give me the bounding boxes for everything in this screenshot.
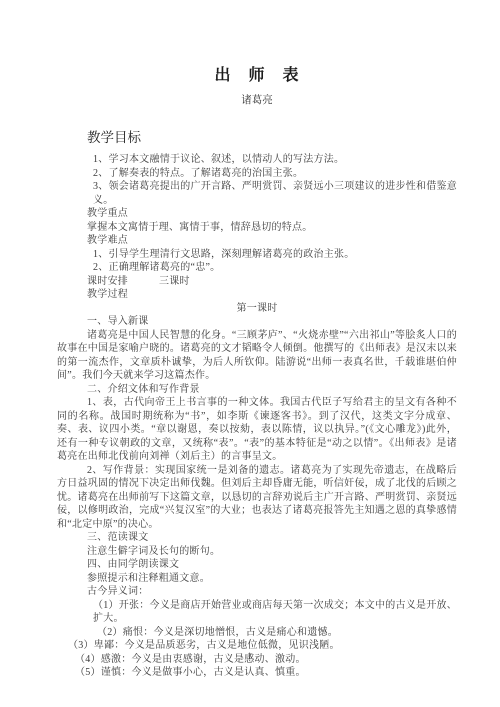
section2-paragraph: 1、表，古代向帝王上书言事的一种文体。我国古代臣子写给君主的呈文有各种不同的名称… [57,396,457,464]
key-points-heading: 教学重点 [57,207,457,221]
process-heading: 教学过程 [57,288,457,302]
section2-paragraph: 2、写作背景：实现国家统一是刘备的遗志。诸葛亮为了实现先帝遗志，在战略后方日益巩… [57,464,457,532]
objectives-heading: 教学目标 [57,129,457,146]
schedule-line: 课时安排三课时 [57,275,457,289]
section3-note: 注意生僻字词及长句的断句。 [57,545,457,559]
objective-item: 3、领会诸葛亮提出的广开言路、严明赏罚、亲贤远小三项建议的进步性和借鉴意义。 [57,180,457,207]
difficulty-item: 1、引导学生理清行文思路，深刻理解诸葛亮的政治主张。 [57,248,457,262]
doc-author: 诸葛亮 [57,92,457,107]
objective-item: 2、了解奏表的特点。了解诸葛亮的治国主张。 [57,167,457,181]
section1-heading: 一、导入新课 [57,315,457,329]
glossary-item: （2）痛恨：今义是深切地憎恨，古义是痛心和遗憾。 [57,626,457,640]
section3-heading: 三、范读课文 [57,531,457,545]
section2-heading: 二、介绍文体和写作背景 [57,383,457,397]
glossary-item: （1）开张：今义是商店开始营业或商店每天第一次成交；本文中的古义是开放、扩大。 [57,599,457,626]
key-points-text: 掌握本文寓情于理、寓情于事，情辞恳切的特点。 [57,221,457,235]
document-page: 出 师 表 诸葛亮 教学目标 1、学习本文融情于议论、叙述，以情动人的写法方法。… [0,0,500,707]
difficulties-heading: 教学难点 [57,234,457,248]
schedule-label: 课时安排 [87,276,128,287]
section4-heading: 四、由同学朗读课文 [57,558,457,572]
lesson-title: 第一课时 [57,302,457,316]
section1-paragraph: 诸葛亮是中国人民智慧的化身。“三顾茅庐”、“火烧赤壁”“六出祁山”等脍炙人口的故… [57,329,457,383]
glossary-item: （5）谨慎：今义是做事小心，古义是认真、慎重。 [57,666,457,680]
section4-note: 参照提示和注释粗通文意。 [57,572,457,586]
glossary-label: 古今异义词： [57,585,457,599]
difficulty-item: 2、正确理解诸葛亮的“忠”。 [57,261,457,275]
page-content: 出 师 表 诸葛亮 教学目标 1、学习本文融情于议论、叙述，以情动人的写法方法。… [57,0,457,680]
objective-item: 1、学习本文融情于议论、叙述，以情动人的写法方法。 [57,153,457,167]
schedule-value: 三课时 [159,276,190,287]
page-title: 出 师 表 [57,62,457,85]
page-number: - 1 - [0,651,500,661]
glossary-list: （1）开张：今义是商店开始营业或商店每天第一次成交；本文中的古义是开放、扩大。 … [57,599,457,680]
